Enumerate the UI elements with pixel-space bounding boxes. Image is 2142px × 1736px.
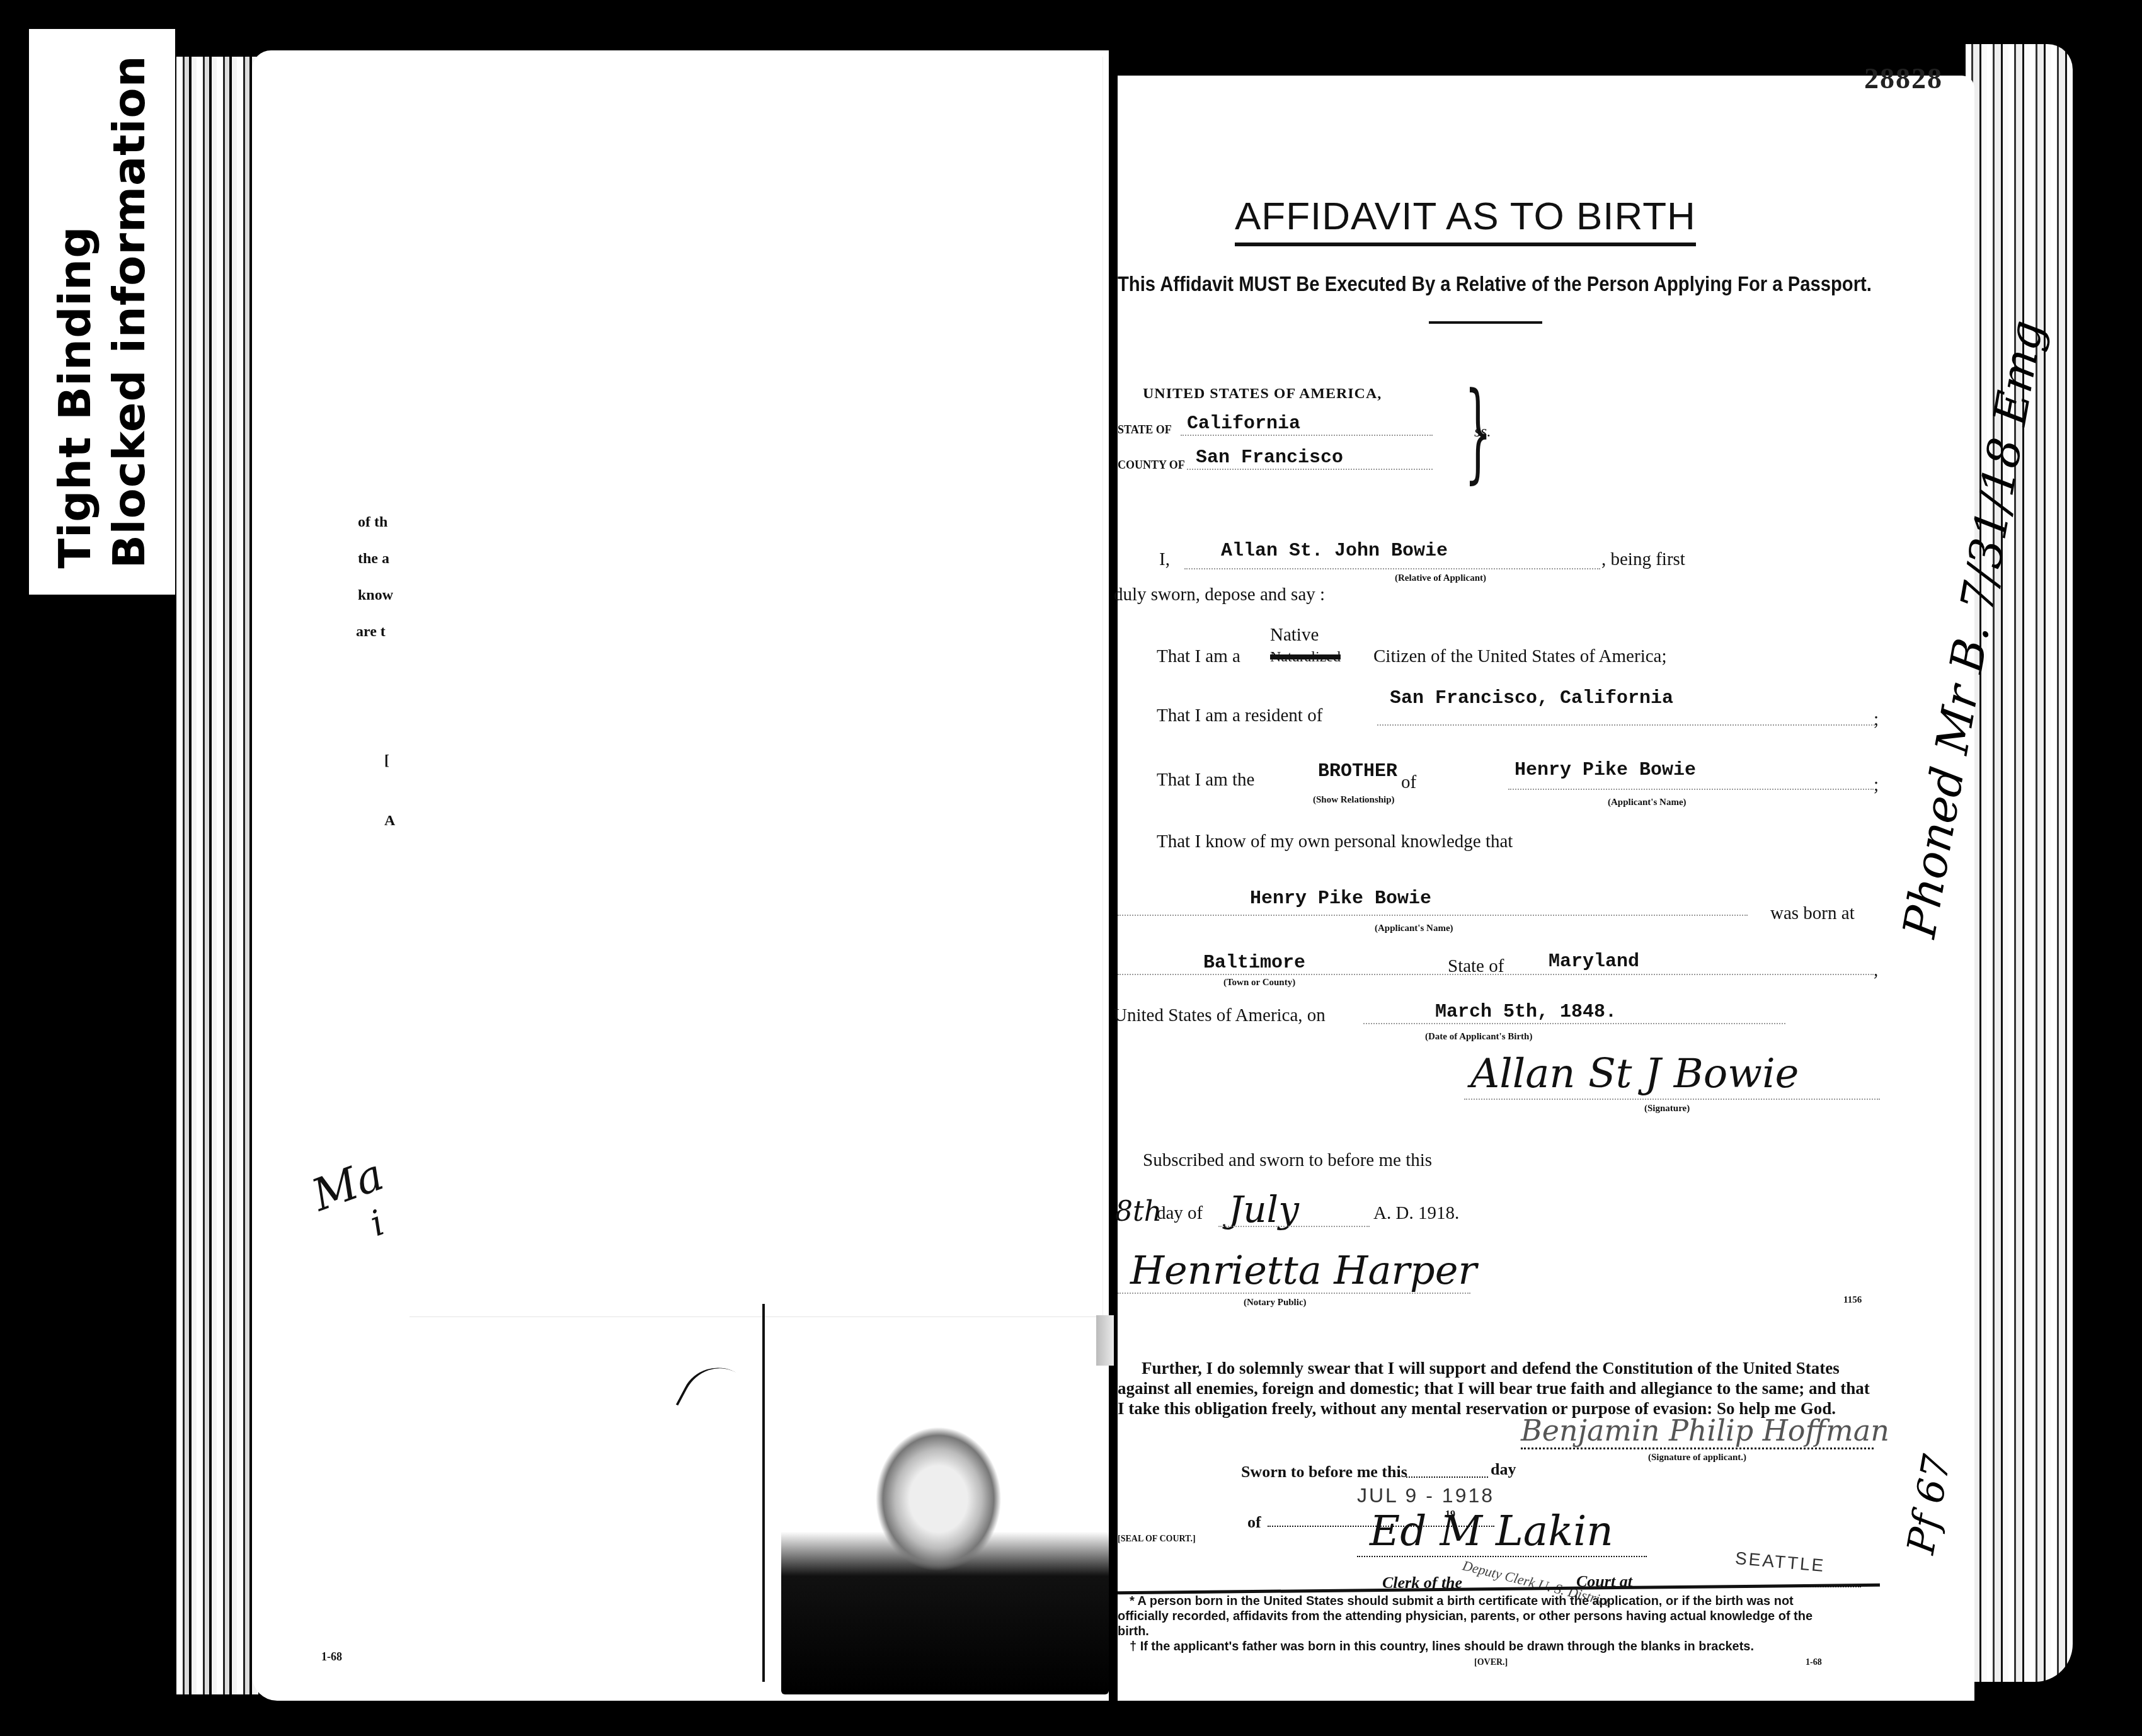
jurat-day: 8th <box>1115 1196 1162 1228</box>
seal-of-court: [SEAL OF COURT.] <box>1118 1534 1196 1545</box>
birthplace-town: Baltimore <box>1203 952 1305 974</box>
page-subtitle: This Affidavit MUST Be Executed By a Rel… <box>1118 272 1778 297</box>
birthplace-end: , <box>1874 960 1878 981</box>
binding-label-line2: Blocked information <box>102 55 156 568</box>
residence-end: ; <box>1874 709 1879 730</box>
state-line <box>1181 435 1433 436</box>
notary-line <box>1118 1293 1470 1294</box>
relationship-value: BROTHER <box>1318 761 1397 782</box>
county-value: San Francisco <box>1196 447 1343 469</box>
oath-text: Further, I do solemnly swear that I will… <box>1118 1358 1880 1419</box>
page-title: AFFIDAVIT AS TO BIRTH <box>1235 194 1696 246</box>
binding-label-text: Tight Binding Blocked information <box>48 55 156 568</box>
jurat-day-of: day of <box>1157 1203 1203 1224</box>
citizenship-struck: Naturalized <box>1270 649 1341 666</box>
left-fragment: know <box>358 587 393 604</box>
binding-label-line1: Tight Binding <box>48 55 102 568</box>
pen-mark <box>676 1354 738 1424</box>
affiant-name: Allan St. John Bowie <box>1221 540 1448 562</box>
footnote-code: 1-68 <box>1806 1658 1822 1668</box>
footnote-rule <box>1118 1584 1880 1595</box>
page-edges-right <box>1966 44 2073 1682</box>
footnote-2: † If the applicant's father was born in … <box>1118 1639 1842 1654</box>
county-line <box>1187 469 1433 470</box>
form-number: 28828 <box>1864 62 1943 95</box>
right-page: 28828 AFFIDAVIT AS TO BIRTH This Affidav… <box>1114 76 1974 1701</box>
divider <box>1429 321 1542 324</box>
sworn-line: Sworn to before me this <box>1241 1463 1407 1482</box>
county-label: COUNTY OF <box>1118 459 1185 472</box>
residence-value: San Francisco, California <box>1390 688 1673 709</box>
footnotes: * A person born in the United States sho… <box>1118 1594 1842 1654</box>
sworn-day: day <box>1491 1460 1516 1479</box>
residence-prefix: That I am a resident of <box>1157 705 1322 726</box>
born-caption: (Applicant's Name) <box>1375 923 1453 934</box>
birthdate-value: March 5th, 1848. <box>1435 1002 1617 1023</box>
affiant-sworn: duly sworn, depose and say : <box>1114 585 1325 605</box>
left-fragment: A <box>384 813 395 830</box>
citizenship-inserted: Native <box>1270 625 1319 646</box>
born-line <box>1118 915 1748 916</box>
margin-note-pf: Pf 67 <box>1899 1451 1959 1557</box>
venue-country: UNITED STATES OF AMERICA, <box>1143 385 1382 403</box>
relationship-caption: (Show Relationship) <box>1313 795 1395 806</box>
over-label: [OVER.] <box>1474 1658 1508 1668</box>
notary-caption: (Notary Public) <box>1244 1298 1307 1308</box>
page-edges-left <box>176 57 258 1694</box>
binding-label: Tight Binding Blocked information <box>29 29 175 595</box>
applicant-signature: Benjamin Philip Hoffman <box>1521 1413 1889 1448</box>
applicant-photo <box>781 1398 1109 1694</box>
photo-divider-line <box>762 1304 765 1682</box>
jurat-month: July <box>1228 1188 1299 1231</box>
notary-signature: Henrietta Harper <box>1130 1247 1477 1293</box>
state-label: STATE OF <box>1118 423 1172 437</box>
jurat-line1: Subscribed and sworn to before me this <box>1143 1150 1432 1171</box>
relationship-of: of <box>1401 772 1416 793</box>
affiant-line <box>1184 568 1600 569</box>
birthplace-state-label: State of <box>1448 956 1504 977</box>
left-page: of th the a know are t [ A Ma i 1-68 <box>252 50 1109 1701</box>
born-suffix: was born at <box>1770 903 1855 924</box>
blank-overlay-sheet <box>409 57 1103 1317</box>
applicant-signature-line <box>1521 1448 1874 1449</box>
jurat-ad: A. D. 1918. <box>1373 1203 1459 1224</box>
sworn-day-line <box>1406 1476 1488 1478</box>
left-form-code: 1-68 <box>321 1650 342 1664</box>
signature-caption: (Signature) <box>1644 1104 1690 1114</box>
relationship-line <box>1508 789 1874 790</box>
affiant-suffix: , being first <box>1601 549 1685 570</box>
relationship-applicant: Henry Pike Bowie <box>1515 760 1696 781</box>
birthplace-town-caption: (Town or County) <box>1223 978 1295 988</box>
court-city: SEATTLE <box>1734 1548 1826 1576</box>
applicant-signature-caption: (Signature of applicant.) <box>1648 1453 1746 1463</box>
residence-line <box>1377 724 1875 726</box>
relationship-applicant-caption: (Applicant's Name) <box>1608 797 1687 808</box>
state-value: California <box>1187 413 1300 435</box>
left-fragment: [ <box>384 752 389 769</box>
affiant-caption: (Relative of Applicant) <box>1395 573 1486 584</box>
left-fragment: are t <box>356 624 386 641</box>
paper-tab <box>1096 1315 1115 1366</box>
clerk-signature: Ed M Lakin <box>1370 1507 1613 1555</box>
left-handwriting: i <box>365 1202 389 1245</box>
clerk-signature-line <box>1357 1556 1647 1557</box>
citizenship-prefix: That I am a <box>1157 646 1240 667</box>
footnote-1: * A person born in the United States sho… <box>1118 1594 1842 1639</box>
date-stamp: JUL 9 - 1918 <box>1357 1484 1494 1507</box>
signature-line <box>1464 1099 1880 1100</box>
birthdate-line <box>1363 1023 1785 1024</box>
affiant-signature: Allan St J Bowie <box>1470 1051 1799 1097</box>
relationship-prefix: That I am the <box>1157 770 1254 791</box>
sworn-of: of <box>1247 1513 1261 1532</box>
birthdate-caption: (Date of Applicant's Birth) <box>1425 1032 1532 1042</box>
birthdate-prefix: United States of America, on <box>1114 1005 1326 1026</box>
relationship-end: ; <box>1874 775 1879 796</box>
left-fragment: of th <box>358 514 387 531</box>
born-applicant: Henry Pike Bowie <box>1250 888 1431 910</box>
affiant-prefix: I, <box>1159 549 1170 570</box>
jurat-month-line <box>1218 1226 1370 1227</box>
knowledge-text: That I know of my own personal knowledge… <box>1157 831 1513 852</box>
jurat-code: 1156 <box>1843 1295 1862 1306</box>
left-fragment: the a <box>358 551 389 568</box>
birthplace-state: Maryland <box>1549 951 1639 973</box>
citizenship-suffix: Citizen of the United States of America; <box>1373 646 1667 667</box>
ss-label: ss. <box>1474 422 1491 441</box>
